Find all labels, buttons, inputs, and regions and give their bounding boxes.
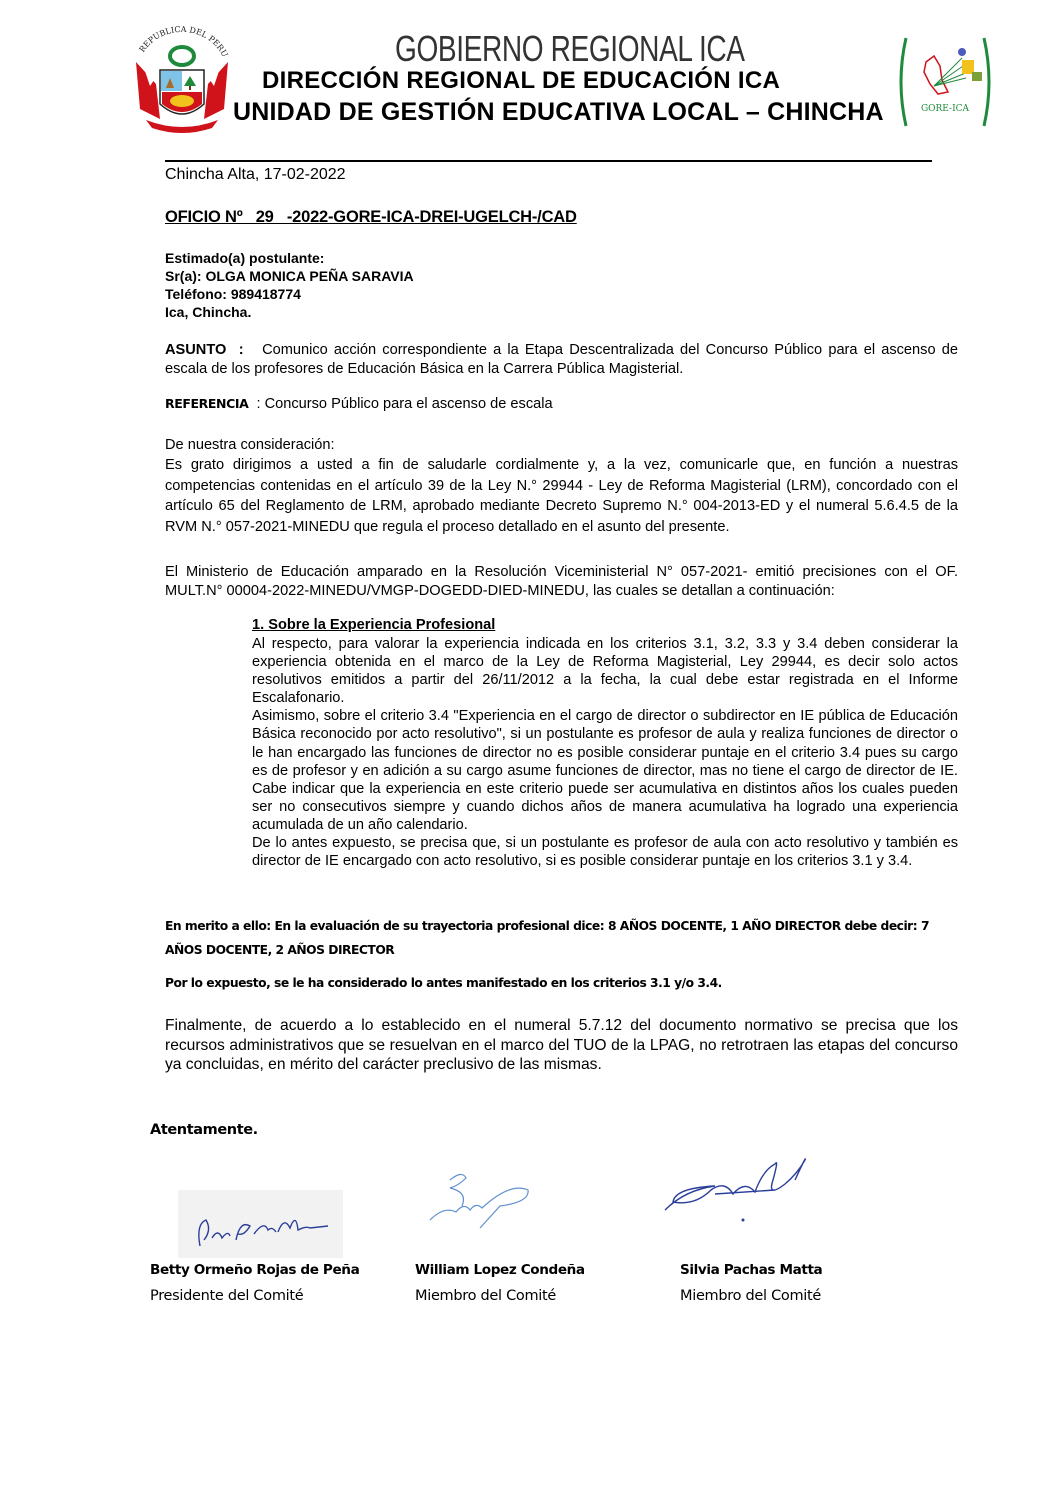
peru-coat-of-arms-icon: REPUBLICA DEL PERU — [126, 24, 238, 136]
consideracion-salutation: De nuestra consideración: — [165, 436, 958, 455]
asunto-label: ASUNTO — [165, 342, 226, 358]
handwritten-signature-icon — [655, 1150, 815, 1230]
expuesto-statement: Por lo expuesto, se le ha considerado lo… — [165, 976, 722, 990]
header-government-title: GOBIERNO REGIONAL ICA — [395, 28, 660, 70]
paragraph-ministerio: El Ministerio de Educación amparado en l… — [165, 563, 958, 601]
document-date: Chincha Alta, 17-02-2022 — [165, 166, 346, 184]
paragraph-final: Finalmente, de acuerdo a lo establecido … — [165, 1016, 958, 1075]
section-paragraph: Asimismo, sobre el criterio 3.4 "Experie… — [252, 707, 958, 834]
handwritten-signature-icon — [410, 1162, 550, 1242]
recipient-location: Ica, Chincha. — [165, 303, 414, 321]
recipient-name: Sr(a): OLGA MONICA PEÑA SARAVIA — [165, 267, 414, 285]
referencia-label: REFERENCIA — [165, 396, 248, 411]
section-paragraph: De lo antes expuesto, se precisa que, si… — [252, 834, 958, 870]
signatory-name: Silvia Pachas Matta — [680, 1262, 822, 1278]
gore-ica-logo: GORE-ICA — [898, 34, 992, 130]
referencia-block: REFERENCIA : Concurso Público para el as… — [165, 394, 958, 414]
signature-image-1 — [178, 1190, 343, 1258]
recipient-greeting: Estimado(a) postulante: — [165, 249, 414, 267]
handwritten-signature-icon — [178, 1190, 343, 1258]
signatory-role: Presidente del Comité — [150, 1288, 303, 1304]
signatory-role: Miembro del Comité — [415, 1288, 556, 1304]
signature-image-3 — [655, 1150, 815, 1230]
closing-text: Atentamente. — [150, 1122, 258, 1138]
gore-ica-logo-icon — [898, 34, 992, 130]
signatory-name: Betty Ormeño Rojas de Peña — [150, 1262, 359, 1278]
merito-statement: En merito a ello: En la evaluación de su… — [165, 914, 965, 962]
header-divider — [165, 160, 932, 162]
recipient-block: Estimado(a) postulante: Sr(a): OLGA MONI… — [165, 249, 414, 321]
oficio-number: OFICIO Nº 29 -2022-GORE-ICA-DREI-UGELCH-… — [165, 208, 577, 227]
paragraph-competencias: Es grato dirigimos a usted a fin de salu… — [165, 455, 958, 537]
header-ugel-title: UNIDAD DE GESTIÓN EDUCATIVA LOCAL – CHIN… — [233, 98, 884, 127]
gore-ica-label: GORE-ICA — [898, 104, 992, 114]
svg-text:REPUBLICA DEL PERU: REPUBLICA DEL PERU — [138, 25, 230, 59]
signatory-role: Miembro del Comité — [680, 1288, 821, 1304]
signature-image-2 — [410, 1162, 550, 1242]
asunto-text: Comunico acción correspondiente a la Eta… — [165, 342, 958, 377]
referencia-text: Concurso Público para el ascenso de esca… — [265, 396, 553, 412]
section-paragraph: Al respecto, para valorar la experiencia… — [252, 635, 958, 707]
asunto-block: ASUNTO : Comunico acción correspondiente… — [165, 341, 958, 379]
signatory-name: William Lopez Condeña — [415, 1262, 585, 1278]
header-directorate-title: DIRECCIÓN REGIONAL DE EDUCACIÓN ICA — [262, 67, 780, 95]
section-experiencia-body: Al respecto, para valorar la experiencia… — [252, 635, 958, 870]
section-experiencia-title: 1. Sobre la Experiencia Profesional — [252, 617, 495, 633]
recipient-phone: Teléfono: 989418774 — [165, 285, 414, 303]
